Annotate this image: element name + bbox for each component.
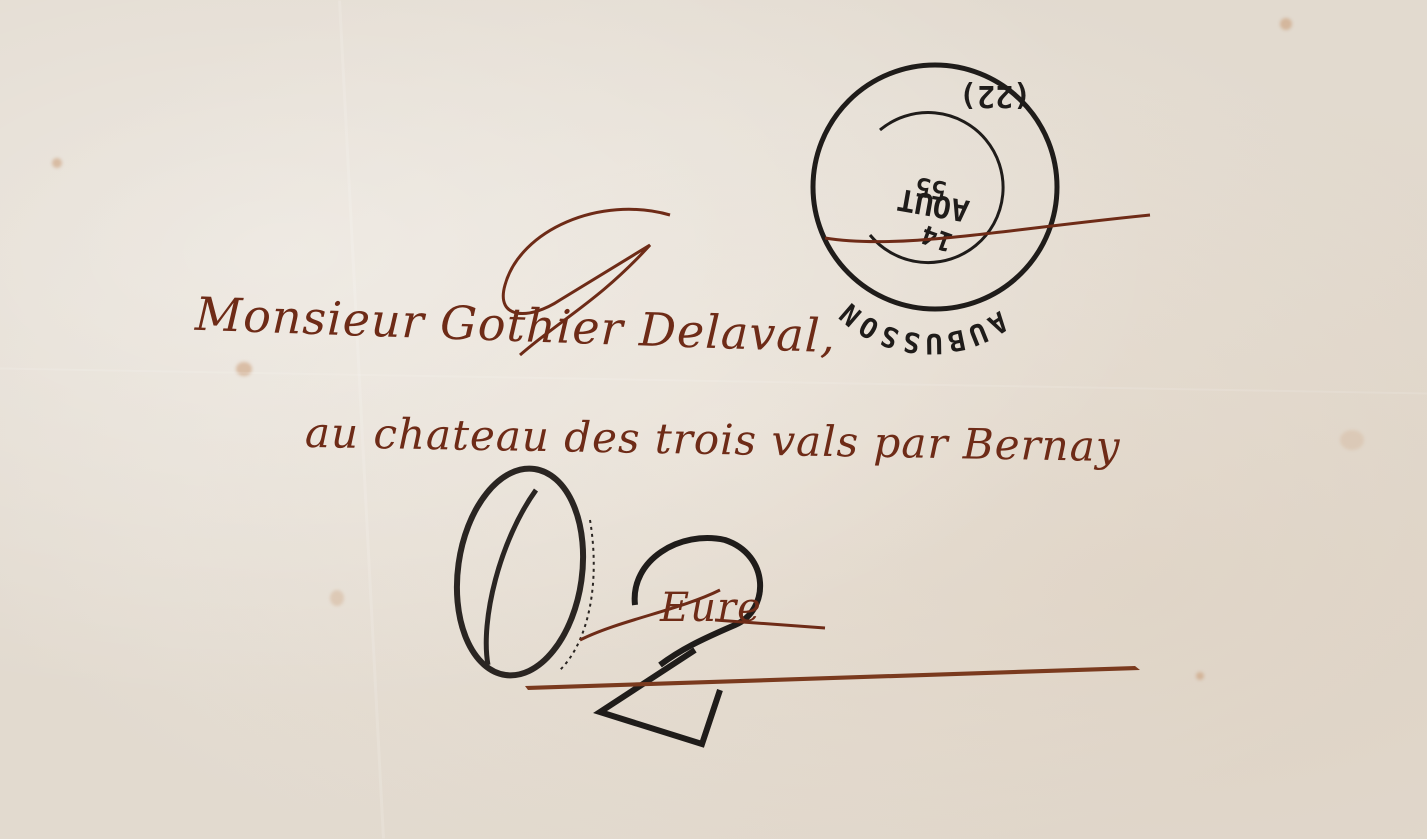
postal-cover: (22) 55 AOUT 14 AUBUSSON Mon [0, 0, 1427, 839]
tax-handstamp-2 [600, 538, 760, 744]
postmark-text: (22) 55 AOUT 14 AUBUSSON [816, 78, 1031, 360]
large-zero-mark [444, 460, 596, 683]
svg-text:(22): (22) [959, 78, 1031, 113]
ink-underline [525, 666, 1140, 690]
address-line-3: Eure [660, 585, 762, 631]
svg-text:AUBUSSON: AUBUSSON [830, 294, 1014, 360]
